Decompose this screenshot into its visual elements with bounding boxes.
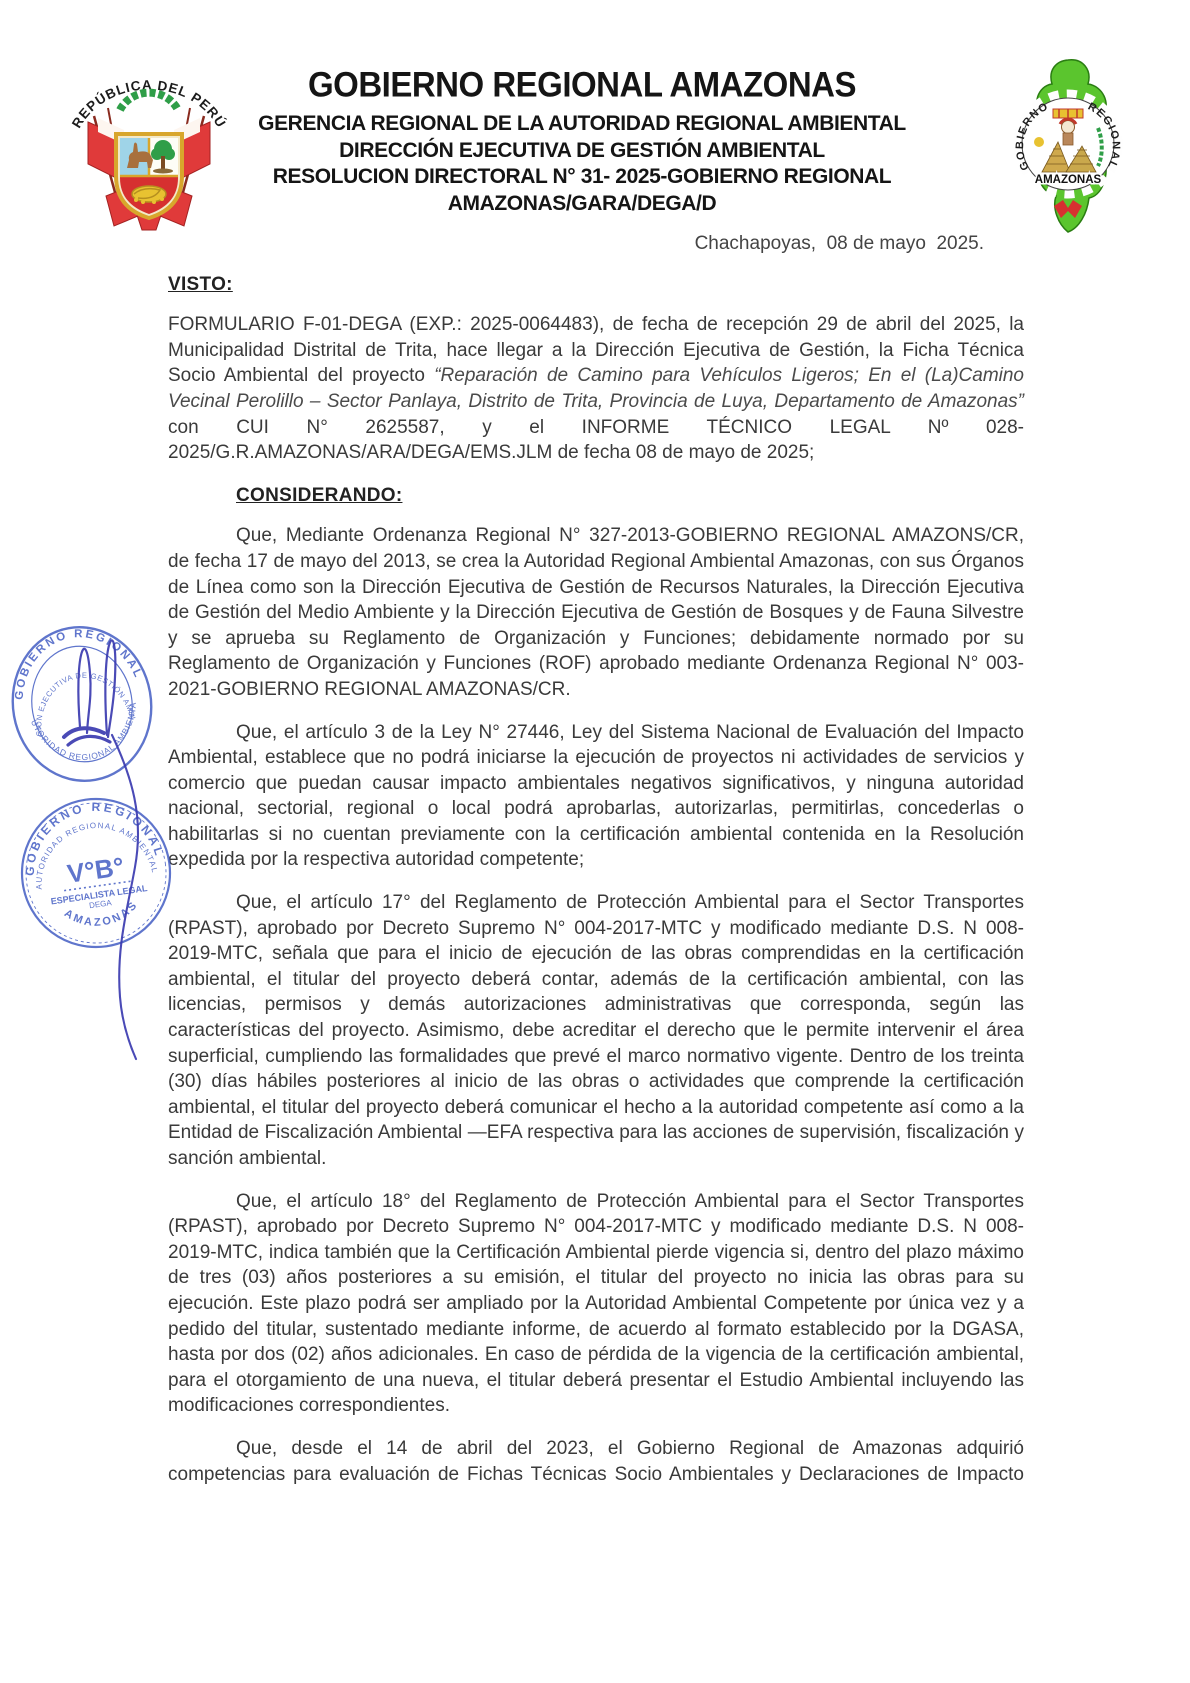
header-line-direccion: DIRECCIÓN EJECUTIVA DE GESTIÓN AMBIENTAL — [232, 138, 932, 165]
seal-bottom-label: AMAZONAS — [1035, 174, 1102, 186]
header-line-resolucion: RESOLUCION DIRECTORAL N° 31- 2025-GOBIER… — [232, 164, 932, 191]
document-header: GOBIERNO REGIONAL AMAZONAS GERENCIA REGI… — [232, 66, 932, 217]
peru-caption: REPÚBLICA DEL PERÚ — [69, 77, 229, 130]
header-line-gerencia: GERENCIA REGIONAL DE LA AUTORIDAD REGION… — [232, 111, 932, 138]
scanned-resolution-page: REPÚBLICA DEL PERÚ — [0, 0, 1190, 1683]
dateline: Chachapoyas, 08 de mayo 2025. — [168, 231, 1024, 257]
considerando-paragraph-3: Que, el artículo 17° del Reglamento de P… — [168, 890, 1024, 1172]
laurel-wreath — [120, 93, 178, 110]
sun-icon — [1034, 137, 1044, 147]
document-body: Chachapoyas, 08 de mayo 2025. VISTO: FOR… — [168, 231, 1024, 1487]
considerando-paragraph-2: Que, el artículo 3 de la Ley N° 27446, L… — [168, 720, 1024, 874]
visto-heading: VISTO: — [168, 274, 233, 295]
visto-text-after: con CUI N° 2625587, y el INFORME TÉCNICO… — [168, 417, 1024, 464]
peru-coat-of-arms-logo: REPÚBLICA DEL PERÚ — [64, 46, 234, 236]
amazonas-regional-seal-logo: GOBIERNO REGIONAL AMAZONAS — [1008, 56, 1130, 236]
considerando-heading: CONSIDERANDO: — [236, 485, 402, 506]
visto-paragraph: FORMULARIO F-01-DEGA (EXP.: 2025-0064483… — [168, 312, 1024, 466]
considerando-paragraph-1: Que, Mediante Ordenanza Regional N° 327-… — [168, 523, 1024, 702]
page-title: GOBIERNO REGIONAL AMAZONAS — [232, 65, 932, 105]
header-line-siglas: AMAZONAS/GARA/DEGA/D — [232, 191, 932, 218]
svg-text:REPÚBLICA DEL PERÚ: REPÚBLICA DEL PERÚ — [69, 77, 229, 130]
considerando-paragraph-4: Que, el artículo 18° del Reglamento de P… — [168, 1189, 1024, 1419]
signature-stroke — [30, 585, 240, 1075]
peru-shield — [116, 134, 182, 218]
considerando-paragraph-5: Que, desde el 14 de abril del 2023, el G… — [168, 1436, 1024, 1487]
